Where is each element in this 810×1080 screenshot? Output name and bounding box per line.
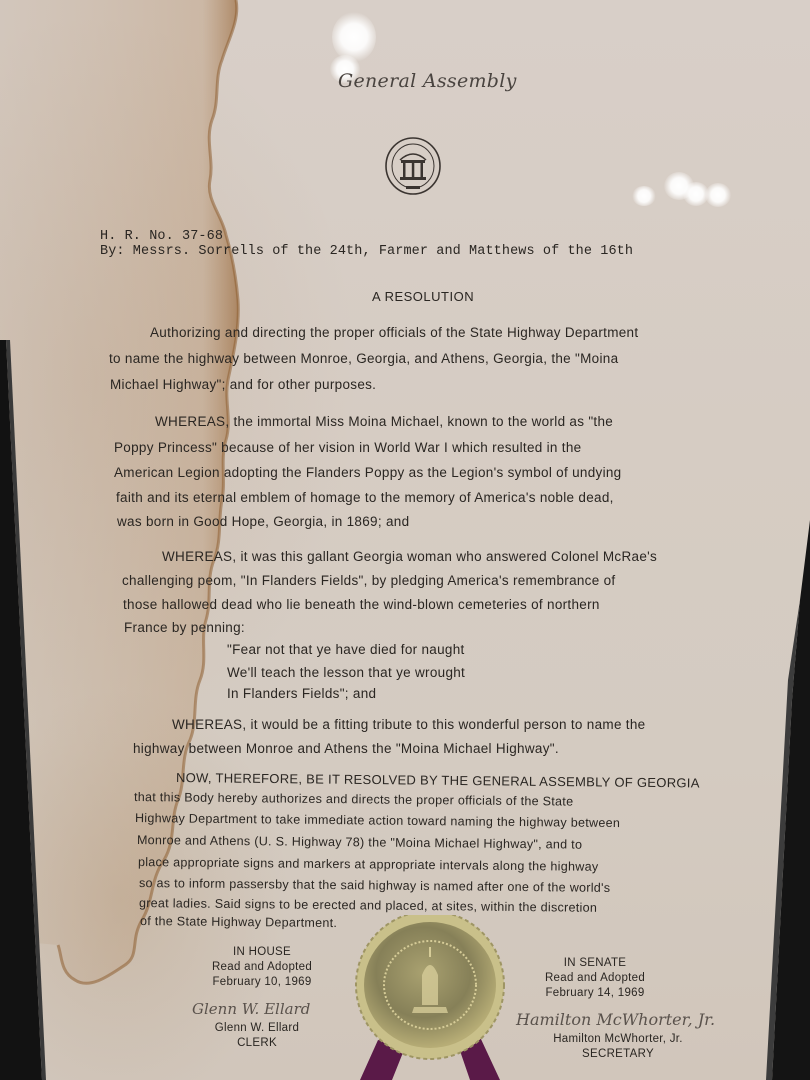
senate-adoption-block: IN SENATE Read and Adopted February 14, … — [530, 956, 660, 1001]
whereas-1-line: faith and its eternal emblem of homage t… — [116, 490, 614, 505]
whereas-2-line: France by penning: — [124, 620, 245, 635]
glare-spot — [705, 183, 731, 207]
house-date: February 10, 1969 — [192, 975, 332, 990]
whereas-1-line: Poppy Princess" because of her vision in… — [114, 440, 581, 455]
gold-seal-icon — [340, 915, 520, 1080]
poem-line: "Fear not that ye have died for naught — [227, 642, 465, 657]
whereas-3-line: WHEREAS, it would be a fitting tribute t… — [172, 717, 645, 732]
whereas-1-line: American Legion adopting the Flanders Po… — [114, 465, 621, 480]
poem-line: In Flanders Fields"; and — [227, 686, 376, 701]
whereas-2-line: WHEREAS, it was this gallant Georgia wom… — [162, 549, 657, 564]
senate-signer-name: Hamilton McWhorter, Jr. — [528, 1032, 708, 1047]
senate-status: Read and Adopted — [530, 971, 660, 986]
senate-signer-role: SECRETARY — [528, 1047, 708, 1062]
house-signer-name: Glenn W. Ellard — [192, 1021, 322, 1036]
whereas-2-line: challenging peom, "In Flanders Fields", … — [122, 573, 615, 588]
senate-date: February 14, 1969 — [530, 986, 660, 1001]
senate-signer: Hamilton McWhorter, Jr. SECRETARY — [528, 1032, 708, 1062]
house-status: Read and Adopted — [192, 960, 332, 975]
house-signer-role: CLERK — [192, 1036, 322, 1051]
whereas-2-line: those hallowed dead who lie beneath the … — [123, 597, 600, 612]
house-heading: IN HOUSE — [192, 945, 332, 960]
preamble-line: Michael Highway"; and for other purposes… — [110, 377, 376, 392]
bill-number: H. R. No. 37-68 — [100, 229, 223, 244]
senate-heading: IN SENATE — [530, 956, 660, 971]
house-signer: Glenn W. Ellard CLERK — [192, 1021, 322, 1051]
preamble-line: to name the highway between Monroe, Geor… — [109, 351, 618, 366]
state-seal-icon — [384, 136, 442, 196]
resolution-title: A RESOLUTION — [372, 289, 474, 304]
preamble-line: Authorizing and directing the proper off… — [150, 325, 638, 340]
senate-signature: Hamilton McWhorter, Jr. — [516, 1010, 715, 1029]
whereas-1-line: was born in Good Hope, Georgia, in 1869;… — [117, 514, 409, 529]
whereas-3-line: highway between Monroe and Athens the "M… — [133, 741, 559, 756]
sponsors: By: Messrs. Sorrells of the 24th, Farmer… — [100, 244, 633, 259]
glare-spot — [632, 186, 656, 206]
house-adoption-block: IN HOUSE Read and Adopted February 10, 1… — [192, 945, 332, 990]
whereas-1-line: WHEREAS, the immortal Miss Moina Michael… — [155, 414, 613, 429]
poem-line: We'll teach the lesson that ye wrought — [227, 665, 465, 680]
resolved-line: of the State Highway Department. — [140, 914, 337, 930]
letterhead: General Assembly — [338, 70, 517, 92]
house-signature: Glenn W. Ellard — [192, 1000, 310, 1018]
glare-spot — [332, 12, 376, 62]
